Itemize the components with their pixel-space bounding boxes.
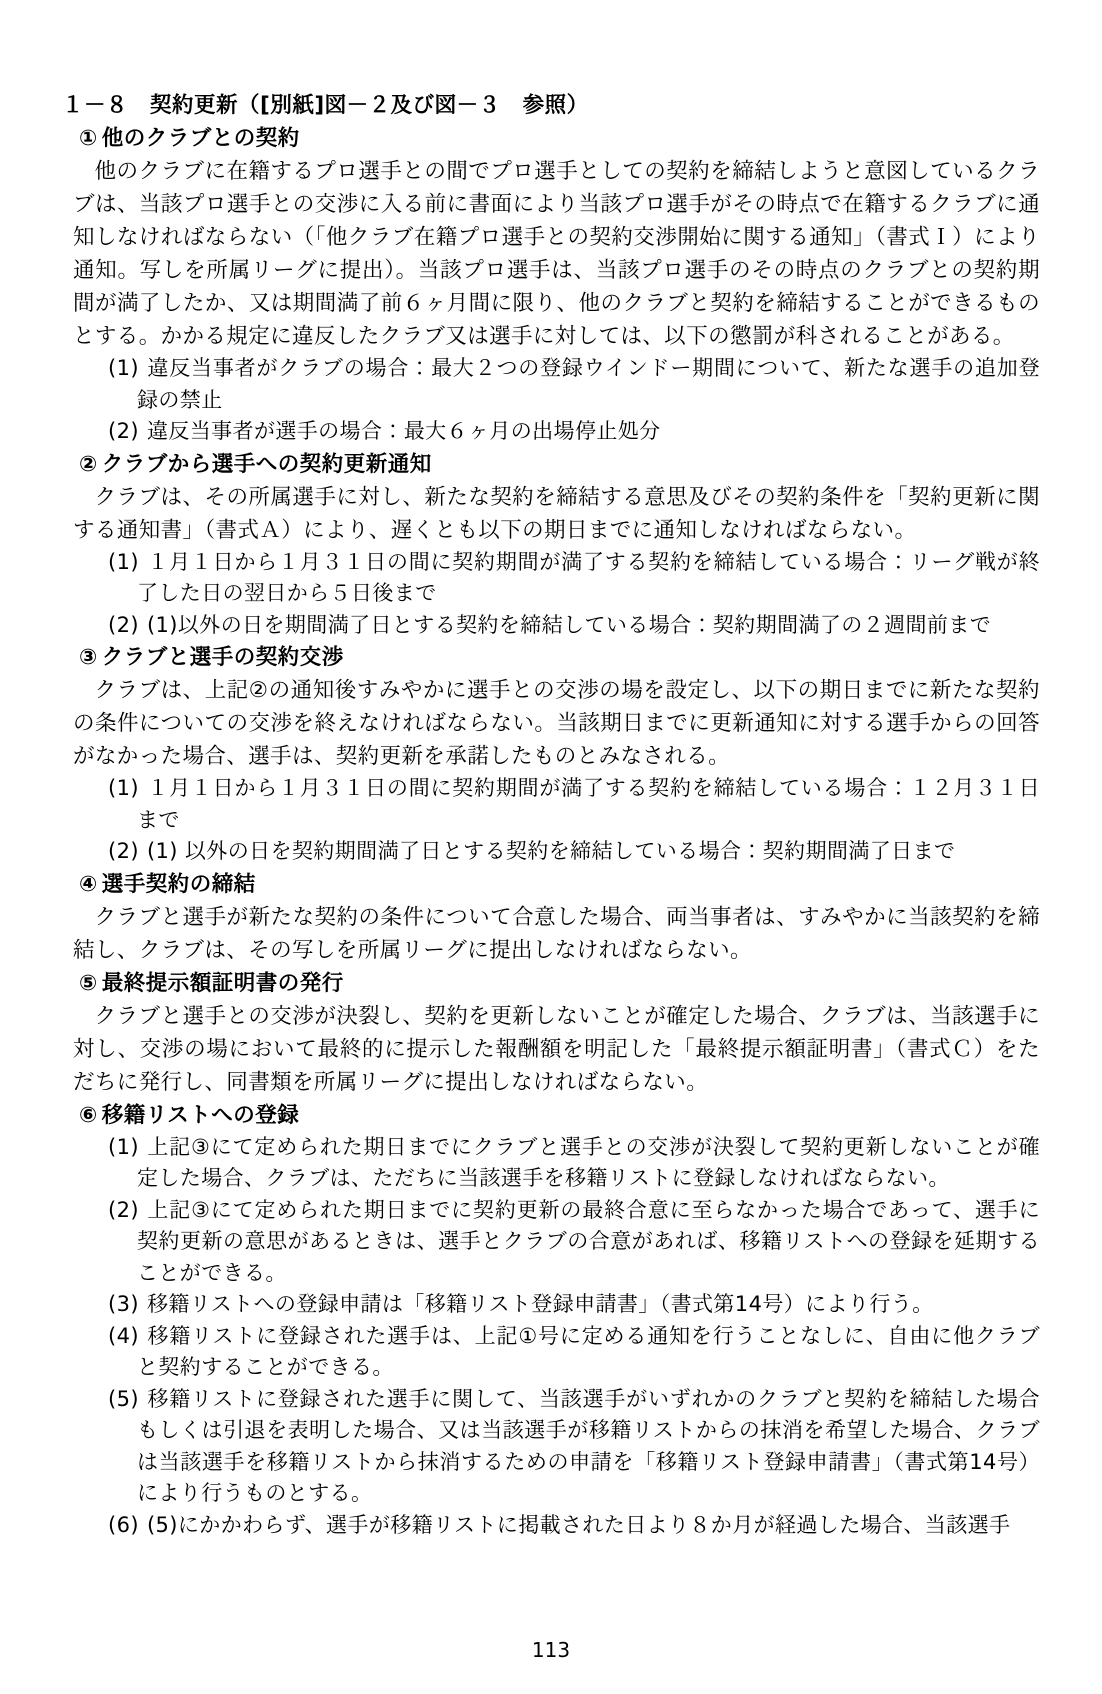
item-text: (1) 以外の日を契約期間満了日とする契約を締結している場合：契約期間満了日まで [147,839,955,863]
section-heading-text: 他のクラブとの契約 [102,126,300,151]
item-text: 移籍リストに登録された選手に関して、当該選手がいずれかのクラブと契約を締結した場… [137,1387,1040,1506]
section-heading-text: 最終提示額証明書の発行 [102,971,344,996]
section-5: ⑤最終提示額証明書の発行 クラブと選手との交渉が決裂し、契約を更新しないことが確… [62,967,1040,1099]
list-item: (1)違反当事者がクラブの場合：最大２つの登録ウインドー期間について、新たな選手… [137,353,1040,416]
section-4: ④選手契約の締結 クラブと選手が新たな契約の条件について合意した場合、両当事者は… [62,868,1040,967]
item-text: 違反当事者が選手の場合：最大６ヶ月の出場停止処分 [147,419,661,443]
item-text: 移籍リストに登録された選手は、上記①号に定める通知を行うことなしに、自由に他クラ… [137,1324,1040,1380]
list-item: (1)１月１日から１月３１日の間に契約期間が満了する契約を締結している場合：１２… [137,773,1040,836]
item-text: 上記③にて定められた期日までに契約更新の最終合意に至らなかった場合であって、選手… [137,1198,1040,1285]
item-number: (5) [108,1387,139,1411]
section-number: ④ [79,872,98,897]
paragraph: クラブと選手が新たな契約の条件について合意した場合、両当事者は、すみやかに当該契… [73,901,1040,967]
section-heading: ③クラブと選手の契約交渉 [79,641,1040,674]
item-number: (2) [108,1198,139,1222]
section-number: ② [79,452,98,477]
section-heading-text: 移籍リストへの登録 [102,1103,300,1128]
item-text: 違反当事者がクラブの場合：最大２つの登録ウインドー期間について、新たな選手の追加… [137,356,1040,412]
document-page: １－８ 契約更新（[別紙]図－２及び図－３ 参照） ①他のクラブとの契約 他のク… [0,0,1102,1694]
section-number: ⑥ [79,1103,98,1128]
section-heading: ⑤最終提示額証明書の発行 [79,967,1040,1000]
list-item: (4)移籍リストに登録された選手は、上記①号に定める通知を行うことなしに、自由に… [137,1321,1040,1384]
item-number: (1) [108,1135,139,1159]
paragraph: 他のクラブに在籍するプロ選手との間でプロ選手としての契約を締結しようと意図してい… [73,155,1040,353]
paragraph: クラブと選手との交渉が決裂し、契約を更新しないことが確定した場合、クラブは、当該… [73,1000,1040,1099]
list-item: (1)上記③にて定められた期日までにクラブと選手との交渉が決裂して契約更新しない… [137,1132,1040,1195]
item-number: (6) [108,1513,139,1537]
item-number: (2) [108,613,139,637]
section-heading-text: クラブから選手への契約更新通知 [102,452,432,477]
item-number: (2) [108,419,139,443]
section-heading-text: 選手契約の締結 [102,872,256,897]
item-number: (1) [108,550,139,574]
page-number: 113 [0,1638,1102,1662]
section-heading: ②クラブから選手への契約更新通知 [79,448,1040,481]
item-number: (1) [108,776,139,800]
list-item: (2)(1)以外の日を期間満了日とする契約を締結している場合：契約期間満了の２週… [137,610,1040,642]
list-item: (5)移籍リストに登録された選手に関して、当該選手がいずれかのクラブと契約を締結… [137,1384,1040,1510]
section-heading: ⑥移籍リストへの登録 [79,1099,1040,1132]
item-text: １月１日から１月３１日の間に契約期間が満了する契約を締結している場合：１２月３１… [137,776,1040,832]
item-number: (1) [108,356,139,380]
item-text: 移籍リストへの登録申請は「移籍リスト登録申請書」（書式第14号）により行う。 [147,1292,934,1316]
section-number: ① [79,126,98,151]
section-heading: ①他のクラブとの契約 [79,122,1040,155]
list-item: (6)(5)にかかわらず、選手が移籍リストに掲載された日より８か月が経過した場合… [137,1510,1040,1542]
list-item: (1)１月１日から１月３１日の間に契約期間が満了する契約を締結している場合：リー… [137,547,1040,610]
section-heading-text: クラブと選手の契約交渉 [102,645,344,670]
paragraph: クラブは、上記②の通知後すみやかに選手との交渉の場を設定し、以下の期日までに新た… [73,674,1040,773]
section-1: ①他のクラブとの契約 他のクラブに在籍するプロ選手との間でプロ選手としての契約を… [62,122,1040,448]
list-item: (2)違反当事者が選手の場合：最大６ヶ月の出場停止処分 [137,416,1040,448]
section-number: ⑤ [79,971,98,996]
section-number: ③ [79,645,98,670]
item-number: (2) [108,839,139,863]
page-content: １－８ 契約更新（[別紙]図－２及び図－３ 参照） ①他のクラブとの契約 他のク… [62,89,1040,1541]
list-item: (3)移籍リストへの登録申請は「移籍リスト登録申請書」（書式第14号）により行う… [137,1289,1040,1321]
doc-title: １－８ 契約更新（[別紙]図－２及び図－３ 参照） [62,89,1040,122]
list-item: (2)(1) 以外の日を契約期間満了日とする契約を締結している場合：契約期間満了… [137,836,1040,868]
section-heading: ④選手契約の締結 [79,868,1040,901]
list-item: (2)上記③にて定められた期日までに契約更新の最終合意に至らなかった場合であって… [137,1195,1040,1290]
item-text: (1)以外の日を期間満了日とする契約を締結している場合：契約期間満了の２週間前ま… [147,613,991,637]
section-2: ②クラブから選手への契約更新通知 クラブは、その所属選手に対し、新たな契約を締結… [62,448,1040,642]
item-text: (5)にかかわらず、選手が移籍リストに掲載された日より８か月が経過した場合、当該… [147,1513,1010,1537]
item-text: １月１日から１月３１日の間に契約期間が満了する契約を締結している場合：リーグ戦が… [137,550,1040,606]
section-3: ③クラブと選手の契約交渉 クラブは、上記②の通知後すみやかに選手との交渉の場を設… [62,641,1040,868]
section-6: ⑥移籍リストへの登録 (1)上記③にて定められた期日までにクラブと選手との交渉が… [62,1099,1040,1542]
item-number: (3) [108,1292,139,1316]
item-text: 上記③にて定められた期日までにクラブと選手との交渉が決裂して契約更新しないことが… [137,1135,1040,1191]
paragraph: クラブは、その所属選手に対し、新たな契約を締結する意思及びその契約条件を「契約更… [73,481,1040,547]
item-number: (4) [108,1324,139,1348]
